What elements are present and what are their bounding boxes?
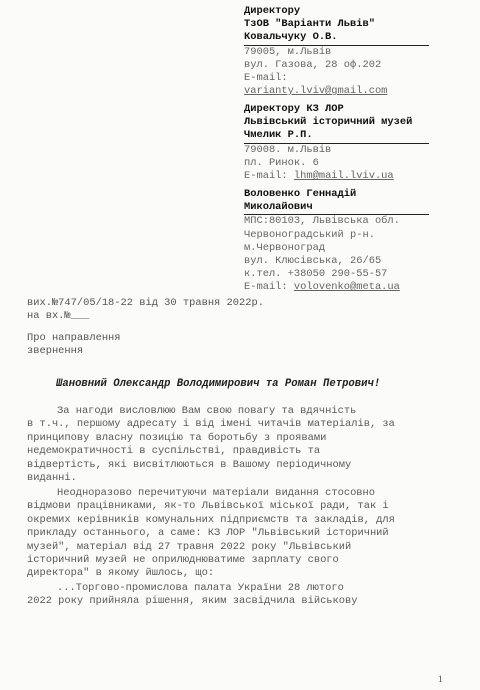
recipient-2-org: Львівський історичний музей [244, 116, 454, 129]
recipient-2-email-label: E-mail: [244, 170, 294, 182]
paragraph-3: ...Торгово-промислова палата України 28 … [27, 582, 467, 609]
recipient-3-name-line2: Миколайович [244, 201, 429, 215]
paragraph-line: історичний музей не оприлюднюватиме зарп… [27, 554, 467, 567]
paragraph-line: принципову власну позицію та боротьбу з … [27, 432, 467, 445]
recipient-1-city: 79005, м.Львів [244, 46, 454, 59]
recipient-3-address-1: МПС:80103, Львівська обл. [244, 215, 454, 228]
subject-block: Про направлення звернення [27, 332, 121, 358]
recipient-1-street: вул. Газова, 28 оф.202 [244, 59, 454, 72]
recipient-3-email[interactable]: volovenko@meta.ua [294, 281, 400, 293]
recipient-1-org: ТзОВ "Варіанти Львів" [244, 18, 454, 31]
paragraph-line: ...Торгово-промислова палата України 28 … [27, 582, 467, 595]
reference-block: вих.№747/05/18-22 від 30 травня 2022р. н… [27, 297, 264, 323]
page-number: 1 [438, 674, 443, 684]
recipient-3-address-2: Червоноградський р-н. [244, 229, 454, 242]
recipient-2-title: Директору КЗ ЛОР [244, 103, 454, 116]
paragraph-2: Неодноразово перечитуючи матеріали видан… [27, 487, 467, 581]
recipient-1-name: Ковальчуку О.В. [244, 31, 429, 45]
paragraph-line: недемократичності в суспільстві, правдив… [27, 445, 467, 458]
paragraph-line: директора" в якому йшлось, що: [27, 567, 467, 580]
paragraph-line: відмови працівниками, як-то Львівської м… [27, 500, 467, 513]
paragraph-line: в т.ч., першому адресату і від імені чит… [27, 418, 467, 431]
paragraph-line: виданні. [27, 472, 467, 485]
paragraph-line: 2022 року прийняла рішення, яким засвідч… [27, 595, 467, 608]
recipient-block-3: Воловенко Геннадій Миколайович МПС:80103… [244, 188, 454, 295]
recipient-2-name: Чмелик Р.П. [244, 129, 429, 143]
recipient-2-city: 79008. м.Львів [244, 144, 454, 157]
greeting: Шановний Олександр Володимирович та Рома… [56, 378, 380, 390]
recipient-3-address-3: м.Червоноград [244, 242, 454, 255]
recipient-3-email-label: E-mail: [244, 281, 294, 293]
recipient-1-email-label: E-mail: [244, 72, 454, 85]
paragraph-line: відвертість, які висвітлюються в Вашому … [27, 459, 467, 472]
subject-line-1: Про направлення [27, 332, 121, 345]
recipient-block-2: Директору КЗ ЛОР Львівський історичний м… [244, 103, 454, 183]
recipient-2-street: пл. Ринок. 6 [244, 157, 454, 170]
paragraph-1: За нагоди висловлюю Вам свою повагу та в… [27, 405, 467, 485]
incoming-number: на вх.№___ [27, 310, 264, 323]
paragraph-line: окремих керівників комунальних підприємс… [27, 514, 467, 527]
paragraph-line: За нагоди висловлюю Вам свою повагу та в… [27, 405, 467, 418]
recipient-3-name-line1: Воловенко Геннадій [244, 188, 454, 201]
recipient-1-email[interactable]: varianty.lviv@gmail.com [244, 85, 454, 98]
recipient-2-email[interactable]: lhm@mail.lviv.ua [294, 170, 394, 182]
recipient-3-phone: к.тел. +38050 290-55-57 [244, 268, 454, 281]
outgoing-number: вих.№747/05/18-22 від 30 травня 2022р. [27, 297, 264, 310]
recipient-3-address-4: вул. Клюсівська, 26/65 [244, 255, 454, 268]
recipient-block-1: Директору ТзОВ "Варіанти Львів" Ковальчу… [244, 5, 454, 98]
paragraph-line: музей", матеріал від 27 травня 2022 року… [27, 541, 467, 554]
subject-line-2: звернення [27, 345, 121, 358]
paragraph-line: Неодноразово перечитуючи матеріали видан… [27, 487, 467, 500]
paragraph-line: прикладу останнього, а саме: КЗ ЛОР "Льв… [27, 527, 467, 540]
recipient-1-title: Директору [244, 5, 454, 18]
